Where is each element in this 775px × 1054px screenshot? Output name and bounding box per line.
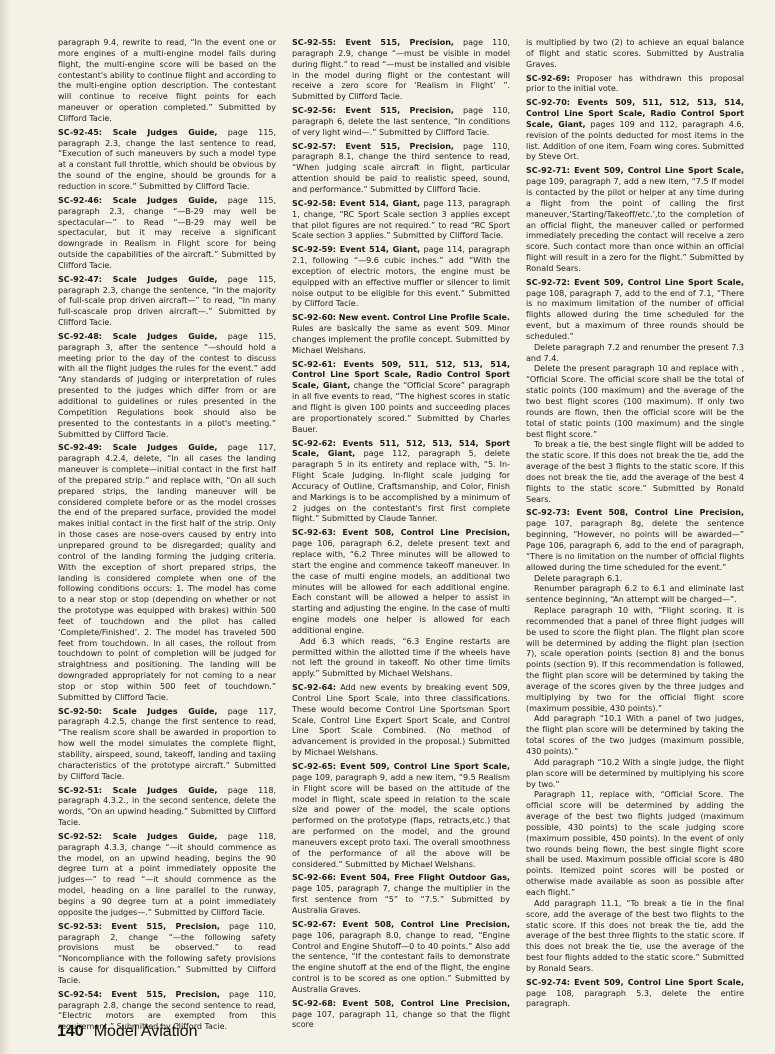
proposal-id: SC-92-63: [292,528,336,537]
proposal-heading: Scale Judges Guide, [102,832,217,841]
proposal-entry: SC-92-69: Proposer has withdrawn this pr… [526,74,744,96]
proposal-text: Add 6.3 which reads, “6.3 Engine restart… [292,637,510,679]
proposal-heading: Scale Judges Guide, [102,707,217,716]
proposal-heading: Event 509, Control Line Sport Scale, [336,762,510,771]
entry-paragraph: SC-92-61: Events 509, 511, 512, 513, 514… [292,360,510,436]
proposal-text: Add new events by breaking event 509, Co… [292,683,510,757]
proposal-text: Delete paragraph 6.1. [534,574,622,583]
column-1: paragraph 9.4, rewrite to read, “In the … [58,38,276,1036]
entry-paragraph: Delete the present paragraph 10 and repl… [526,364,744,440]
entry-paragraph: SC-92-72: Event 509, Control Line Sport … [526,278,744,343]
proposal-heading: Event 508, Control Line Precision, [336,920,510,929]
proposal-id: SC-92-70: [526,98,570,107]
proposal-text: page 118, paragraph 4.3.3, change “—it s… [58,832,276,917]
proposal-heading: Event 508, Control Line Precision, [336,999,510,1008]
proposal-text: Rules are basically the same as event 50… [292,324,510,355]
proposal-heading: Event 508, Control Line Precision, [570,508,744,517]
proposal-id: SC-92-62: [292,439,336,448]
proposal-text: page 114, paragraph 2.1, following “—9.6… [292,245,510,308]
column-3: is multiplied by two (2) to achieve an e… [526,38,744,1013]
proposal-text: page 108, paragraph 7, add to the end of… [526,289,744,341]
column-2: SC-92-55: Event 515, Precision, page 110… [292,38,510,1034]
proposal-text: page 115, paragraph 2.3, change the last… [58,128,276,191]
entry-paragraph: Renumber paragraph 6.2 to 6.1 and elimin… [526,584,744,606]
page-edge-shadow [0,0,10,1054]
proposal-id: SC-92-54: [58,990,102,999]
entry-paragraph: SC-92-71: Event 509, Control Line Sport … [526,166,744,274]
proposal-id: SC-92-58: [292,199,336,208]
proposal-text: Add paragraph “10.1 With a panel of two … [526,714,744,756]
proposal-heading: Scale Judges Guide, [102,275,217,284]
proposal-id: SC-92-47: [58,275,102,284]
proposal-id: SC-92-69: [526,74,570,83]
proposal-text: Replace paragraph 10 with, “Flight scori… [526,606,744,713]
proposal-text: paragraph 9.4, rewrite to read, “In the … [58,38,276,123]
entry-paragraph: Paragraph 11, replace with, “Official Sc… [526,790,744,898]
proposal-heading: Event 515, Precision, [336,142,454,151]
entry-paragraph: SC-92-63: Event 508, Control Line Precis… [292,528,510,636]
proposal-entry: SC-92-57: Event 515, Precision, page 110… [292,142,510,196]
proposal-entry: SC-92-60: New event. Control Line Profil… [292,313,510,356]
proposal-entry: SC-92-59: Event 514, Giant, page 114, pa… [292,245,510,310]
proposal-entry: SC-92-45: Scale Judges Guide, page 115, … [58,128,276,193]
entry-paragraph: Add 6.3 which reads, “6.3 Engine restart… [292,637,510,680]
proposal-entry: paragraph 9.4, rewrite to read, “In the … [58,38,276,125]
proposal-text: page 109, paragraph 7, add a new item, “… [526,177,744,273]
proposal-entry: SC-92-46: Scale Judges Guide, page 115, … [58,196,276,272]
proposal-entry: SC-92-66: Event 504, Free Flight Outdoor… [292,873,510,916]
proposal-text: page 108, paragraph 5.3, delete the enti… [526,989,744,1009]
proposal-id: SC-92-68: [292,999,336,1008]
entry-paragraph: Add paragraph “10.2 With a single judge,… [526,758,744,791]
proposal-heading: Scale Judges Guide, [102,196,217,205]
proposal-entry: SC-92-71: Event 509, Control Line Sport … [526,166,744,274]
page-number: 140 [57,1023,84,1040]
proposal-entry: SC-92-63: Event 508, Control Line Precis… [292,528,510,680]
proposal-id: SC-92-49: [58,443,102,452]
entry-paragraph: SC-92-46: Scale Judges Guide, page 115, … [58,196,276,272]
proposal-heading: Event 515, Precision, [336,38,454,47]
proposal-id: SC-92-65: [292,762,336,771]
proposal-id: SC-92-48: [58,332,102,341]
proposal-id: SC-92-45: [58,128,102,137]
proposal-entry: SC-92-58: Event 514, Giant, page 113, pa… [292,199,510,242]
proposal-heading: Event 509, Control Line Sport Scale, [570,978,744,987]
entry-paragraph: paragraph 9.4, rewrite to read, “In the … [58,38,276,125]
proposal-text: page 109, paragraph 9, add a new item, “… [292,773,510,869]
proposal-text: page 110, paragraph 2.9, change “—must b… [292,38,510,101]
magazine-page: paragraph 9.4, rewrite to read, “In the … [0,0,775,1054]
proposal-entry: SC-92-64: Add new events by breaking eve… [292,683,510,759]
proposal-id: SC-92-56: [292,106,336,115]
entry-paragraph: Delete paragraph 7.2 and renumber the pr… [526,343,744,365]
entry-paragraph: SC-92-56: Event 515, Precision, page 110… [292,106,510,139]
entry-paragraph: SC-92-68: Event 508, Control Line Precis… [292,999,510,1032]
proposal-text: page 105, paragraph 7, change the multip… [292,884,510,915]
proposal-entry: SC-92-67: Event 508, Control Line Precis… [292,920,510,996]
proposal-id: SC-92-51: [58,786,102,795]
entry-paragraph: SC-92-59: Event 514, Giant, page 114, pa… [292,245,510,310]
proposal-text: Paragraph 11, replace with, “Official Sc… [526,790,744,897]
proposal-heading: Event 515, Precision, [336,106,454,115]
proposal-heading: Scale Judges Guide, [102,128,217,137]
entry-paragraph: Replace paragraph 10 with, “Flight scori… [526,606,744,714]
proposal-heading: Event 504, Free Flight Outdoor Gas, [336,873,510,882]
proposal-id: SC-92-50: [58,707,102,716]
proposal-entry: SC-92-50: Scale Judges Guide, page 117, … [58,707,276,783]
proposal-entry: SC-92-72: Event 509, Control Line Sport … [526,278,744,506]
proposal-entry: SC-92-55: Event 515, Precision, page 110… [292,38,510,103]
proposal-entry: SC-92-73: Event 508, Control Line Precis… [526,508,744,974]
entry-paragraph: SC-92-60: New event. Control Line Profil… [292,313,510,356]
proposal-text: page 117, paragraph 4.2.4, delete, “In a… [58,443,276,701]
proposal-text: page 112, paragraph 5, delete paragraph … [292,449,510,523]
proposal-text: page 110, paragraph 2, change “—the foll… [58,922,276,985]
proposal-id: SC-92-67: [292,920,336,929]
proposal-text: page 117, paragraph 4.2.5, change the fi… [58,707,276,781]
entry-paragraph: SC-92-67: Event 508, Control Line Precis… [292,920,510,996]
proposal-entry: SC-92-62: Events 511, 512, 513, 514, Spo… [292,439,510,526]
proposal-id: SC-92-57: [292,142,336,151]
proposal-heading: New event. Control Line Profile Scale. [336,313,510,322]
proposal-heading: Scale Judges Guide, [102,443,217,452]
proposal-heading: Scale Judges Guide, [102,786,217,795]
proposal-text: page 106, paragraph 8.0, change to read,… [292,931,510,994]
entry-paragraph: SC-92-64: Add new events by breaking eve… [292,683,510,759]
proposal-entry: SC-92-56: Event 515, Precision, page 110… [292,106,510,139]
entry-paragraph: SC-92-51: Scale Judges Guide, page 118, … [58,786,276,829]
proposal-id: SC-92-72: [526,278,570,287]
proposal-heading: Event 515, Precision, [102,990,220,999]
entry-paragraph: SC-92-49: Scale Judges Guide, page 117, … [58,443,276,703]
proposal-text: Add paragraph “10.2 With a single judge,… [526,758,744,789]
entry-paragraph: To break a tie, the best single flight w… [526,440,744,505]
proposal-entry: SC-92-47: Scale Judges Guide, page 115, … [58,275,276,329]
proposal-heading: Event 514, Giant, [336,245,420,254]
proposal-id: SC-92-53: [58,922,102,931]
entry-paragraph: Add paragraph 11.1, “To break a tie in t… [526,899,744,975]
proposal-text: Add paragraph 11.1, “To break a tie in t… [526,899,744,973]
entry-paragraph: SC-92-45: Scale Judges Guide, page 115, … [58,128,276,193]
entry-paragraph: SC-92-69: Proposer has withdrawn this pr… [526,74,744,96]
entry-paragraph: is multiplied by two (2) to achieve an e… [526,38,744,71]
proposal-text: Renumber paragraph 6.2 to 6.1 and elimin… [526,584,744,604]
entry-paragraph: SC-92-70: Events 509, 511, 512, 513, 514… [526,98,744,163]
proposal-text: is multiplied by two (2) to achieve an e… [526,38,744,69]
proposal-id: SC-92-73: [526,508,570,517]
proposal-id: SC-92-64: [292,683,336,692]
proposal-id: SC-92-74: [526,978,570,987]
proposal-heading: Event 509, Control Line Sport Scale, [570,278,744,287]
entry-paragraph: SC-92-62: Events 511, 512, 513, 514, Spo… [292,439,510,526]
proposal-entry: SC-92-51: Scale Judges Guide, page 118, … [58,786,276,829]
proposal-heading: Scale Judges Guide, [102,332,217,341]
proposal-id: SC-92-59: [292,245,336,254]
proposal-entry: SC-92-48: Scale Judges Guide, page 115, … [58,332,276,440]
entry-paragraph: SC-92-47: Scale Judges Guide, page 115, … [58,275,276,329]
proposal-text: To break a tie, the best single flight w… [526,440,744,503]
proposal-heading: Event 514, Giant, [336,199,420,208]
entry-paragraph: SC-92-55: Event 515, Precision, page 110… [292,38,510,103]
proposal-text: Delete the present paragraph 10 and repl… [526,364,744,438]
proposal-entry: SC-92-68: Event 508, Control Line Precis… [292,999,510,1032]
proposal-heading: Event 509, Control Line Sport Scale, [570,166,744,175]
page-footer: 140Model Aviation [57,1023,197,1041]
magazine-title: Model Aviation [94,1023,198,1040]
proposal-entry: SC-92-65: Event 509, Control Line Sport … [292,762,510,870]
proposal-heading: Event 508, Control Line Precision, [336,528,510,537]
entry-paragraph: Add paragraph “10.1 With a panel of two … [526,714,744,757]
entry-paragraph: SC-92-50: Scale Judges Guide, page 117, … [58,707,276,783]
proposal-id: SC-92-66: [292,873,336,882]
proposal-text: page 107, paragraph 11, change so that t… [292,1010,510,1030]
proposal-id: SC-92-46: [58,196,102,205]
proposal-id: SC-92-71: [526,166,570,175]
proposal-id: SC-92-52: [58,832,102,841]
proposal-id: SC-92-61: [292,360,336,369]
entry-paragraph: SC-92-48: Scale Judges Guide, page 115, … [58,332,276,440]
proposal-entry: is multiplied by two (2) to achieve an e… [526,38,744,71]
entry-paragraph: SC-92-66: Event 504, Free Flight Outdoor… [292,873,510,916]
proposal-heading: Event 515, Precision, [102,922,220,931]
proposal-entry: SC-92-61: Events 509, 511, 512, 513, 514… [292,360,510,436]
proposal-id: SC-92-55: [292,38,336,47]
entry-paragraph: SC-92-74: Event 509, Control Line Sport … [526,978,744,1011]
proposal-text: page 115, paragraph 2.3, change “—B-29 m… [58,196,276,270]
proposal-text: page 106, paragraph 6.2, delete present … [292,539,510,635]
proposal-entry: SC-92-70: Events 509, 511, 512, 513, 514… [526,98,744,163]
entry-paragraph: SC-92-53: Event 515, Precision, page 110… [58,922,276,987]
entry-paragraph: SC-92-52: Scale Judges Guide, page 118, … [58,832,276,919]
proposal-entry: SC-92-74: Event 509, Control Line Sport … [526,978,744,1011]
proposal-text: Delete paragraph 7.2 and renumber the pr… [526,343,744,363]
proposal-text: page 115, paragraph 3, after the sentenc… [58,332,276,439]
entry-paragraph: SC-92-57: Event 515, Precision, page 110… [292,142,510,196]
proposal-entry: SC-92-53: Event 515, Precision, page 110… [58,922,276,987]
proposal-entry: SC-92-52: Scale Judges Guide, page 118, … [58,832,276,919]
entry-paragraph: SC-92-73: Event 508, Control Line Precis… [526,508,744,573]
entry-paragraph: SC-92-65: Event 509, Control Line Sport … [292,762,510,870]
proposal-text: page 107, paragraph 8g, delete the sente… [526,519,744,571]
entry-paragraph: SC-92-58: Event 514, Giant, page 113, pa… [292,199,510,242]
proposal-entry: SC-92-49: Scale Judges Guide, page 117, … [58,443,276,703]
proposal-id: SC-92-60: [292,313,336,322]
entry-paragraph: Delete paragraph 6.1. [526,574,744,585]
